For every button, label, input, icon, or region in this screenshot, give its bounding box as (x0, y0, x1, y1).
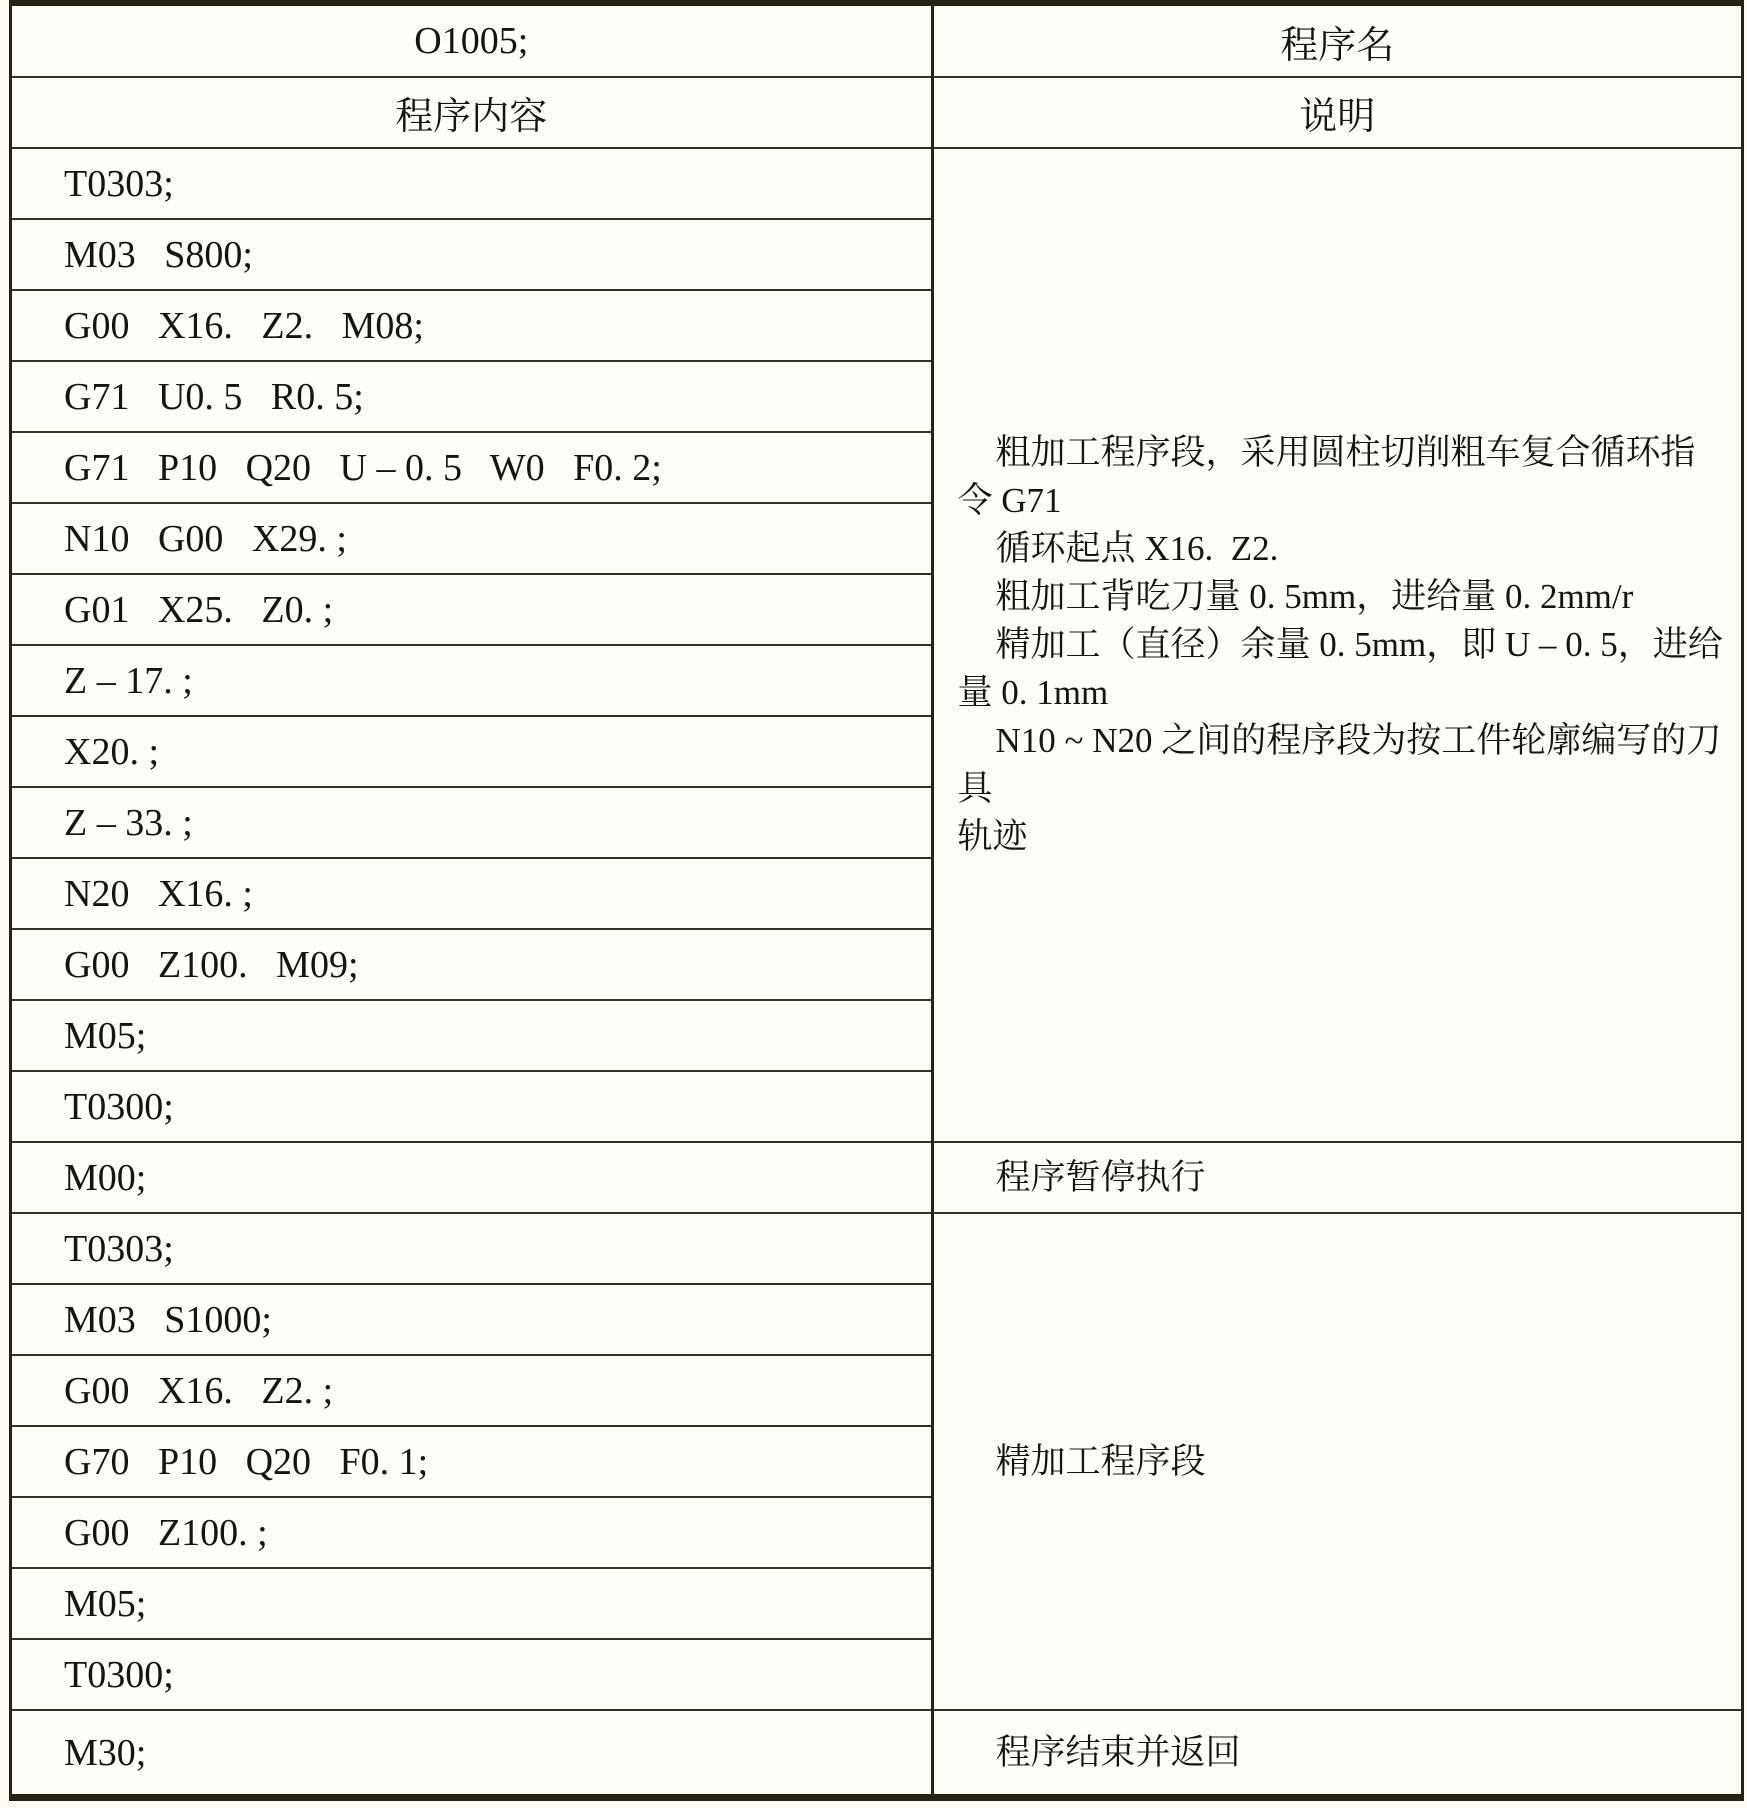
code-cell: M03 S1000; (12, 1284, 932, 1355)
code-cell: N10 G00 X29. ; (12, 503, 932, 574)
code-cell: G00 X16. Z2. ; (12, 1355, 932, 1426)
code-cell: G01 X25. Z0. ; (12, 574, 932, 645)
code-cell: M00; (12, 1142, 932, 1213)
code-cell: M05; (12, 1568, 932, 1639)
code-cell: T0300; (12, 1071, 932, 1142)
table-row: T0303; 精加工程序段 (12, 1213, 1741, 1284)
code-cell: Z – 33. ; (12, 787, 932, 858)
explanation-header: 说明 (932, 77, 1741, 148)
finish-note-cell: 精加工程序段 (932, 1213, 1741, 1710)
code-cell: M30; (12, 1710, 932, 1794)
end-note-cell: 程序结束并返回 (932, 1710, 1741, 1794)
table-row: T0303; 粗加工程序段，采用圆柱切削粗车复合循环指 令 G71 循环起点 X… (12, 148, 1741, 219)
program-number-cell: O1005; (12, 6, 932, 77)
note-paragraph: 粗加工背吃刀量 0. 5mm，进给量 0. 2mm/r (958, 573, 1734, 621)
pause-note-cell: 程序暂停执行 (932, 1142, 1741, 1213)
table-row: M00; 程序暂停执行 (12, 1142, 1741, 1213)
table-row: M30; 程序结束并返回 (12, 1710, 1741, 1794)
note-paragraph: N10 ~ N20 之间的程序段为按工件轮廓编写的刀具 轨迹 (958, 717, 1734, 861)
note-text: 程序结束并返回 (958, 1729, 1734, 1777)
code-cell: M03 S800; (12, 219, 932, 290)
note-text: 程序暂停执行 (958, 1154, 1734, 1202)
code-cell: T0303; (12, 1213, 932, 1284)
code-cell: N20 X16. ; (12, 858, 932, 929)
program-name-header: 程序名 (932, 6, 1741, 77)
code-cell: G00 Z100. M09; (12, 929, 932, 1000)
header-row-columns: 程序内容 说明 (12, 77, 1741, 148)
rough-note-cell: 粗加工程序段，采用圆柱切削粗车复合循环指 令 G71 循环起点 X16. Z2.… (932, 148, 1741, 1142)
code-cell: G71 P10 Q20 U – 0. 5 W0 F0. 2; (12, 432, 932, 503)
code-cell: X20. ; (12, 716, 932, 787)
code-cell: G00 Z100. ; (12, 1497, 932, 1568)
code-cell: T0303; (12, 148, 932, 219)
code-cell: G00 X16. Z2. M08; (12, 290, 932, 361)
program-content-header: 程序内容 (12, 77, 932, 148)
code-cell: M05; (12, 1000, 932, 1071)
code-cell: G71 U0. 5 R0. 5; (12, 361, 932, 432)
program-table-frame: O1005; 程序名 程序内容 说明 T0303; 粗加工程序段，采用圆柱切削粗… (9, 0, 1744, 1801)
note-paragraph: 粗加工程序段，采用圆柱切削粗车复合循环指 令 G71 (958, 429, 1734, 525)
program-table: O1005; 程序名 程序内容 说明 T0303; 粗加工程序段，采用圆柱切削粗… (12, 6, 1741, 1794)
note-paragraph: 精加工（直径）余量 0. 5mm，即 U – 0. 5，进给 量 0. 1mm (958, 621, 1734, 717)
note-text: 精加工程序段 (958, 1438, 1734, 1486)
scanned-page: O1005; 程序名 程序内容 说明 T0303; 粗加工程序段，采用圆柱切削粗… (0, 0, 1747, 1808)
code-cell: Z – 17. ; (12, 645, 932, 716)
code-cell: T0300; (12, 1639, 932, 1710)
note-paragraph: 循环起点 X16. Z2. (958, 525, 1734, 573)
header-row-program: O1005; 程序名 (12, 6, 1741, 77)
code-cell: G70 P10 Q20 F0. 1; (12, 1426, 932, 1497)
